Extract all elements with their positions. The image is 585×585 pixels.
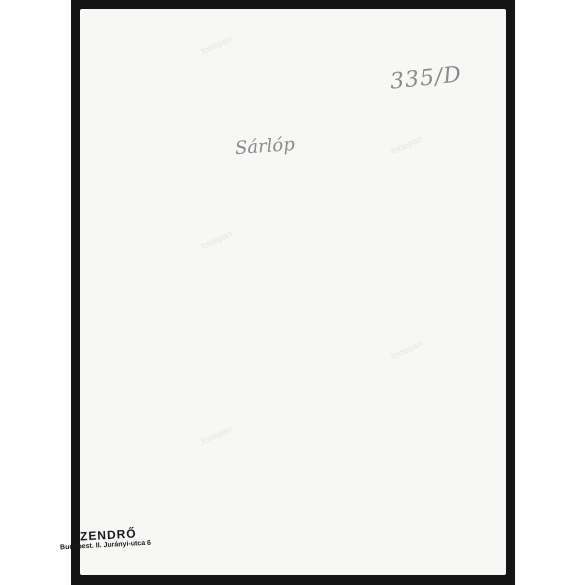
photo-back-paper	[80, 9, 506, 575]
handwritten-place: Sárlóp	[234, 134, 295, 159]
